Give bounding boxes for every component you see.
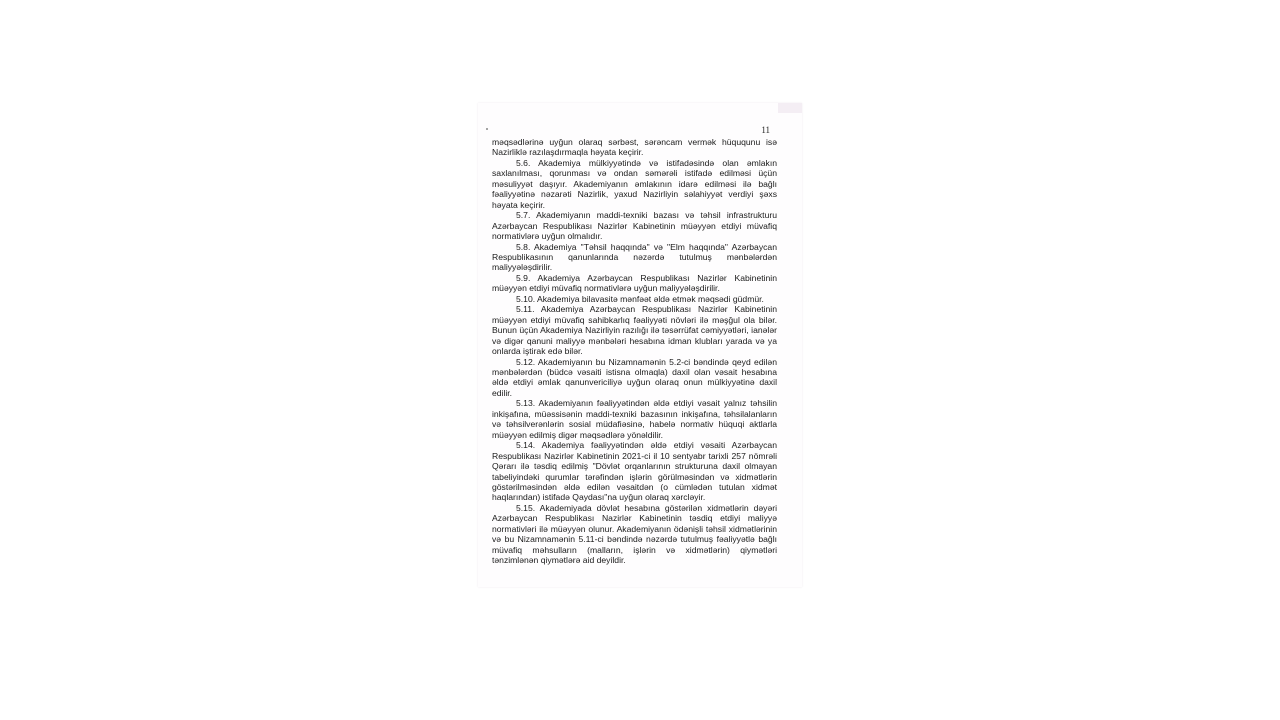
paragraph-5-8: 5.8. Akademiya "Təhsil haqqında" və "Elm… [492,242,777,273]
paragraph-5-7: 5.7. Akademiyanın maddi-texniki bazası v… [492,210,777,241]
page-number: 11 [761,125,770,135]
paragraph-continuation: məqsədlərinə uyğun olaraq sərbəst, sərən… [492,137,777,158]
paragraph-5-9: 5.9. Akademiya Azərbaycan Respublikası N… [492,273,777,294]
paragraph-5-12: 5.12. Akademiyanın bu Nizamnamənin 5.2-c… [492,357,777,399]
paragraph-5-10: 5.10. Akademiya bilavasitə mənfəət əldə … [492,294,777,304]
document-body: məqsədlərinə uyğun olaraq sərbəst, sərən… [492,137,777,566]
paragraph-5-13: 5.13. Akademiyanın fəaliyyətindən əldə e… [492,398,777,440]
document-page: 11 məqsədlərinə uyğun olaraq sərbəst, sə… [478,103,802,587]
paragraph-5-14: 5.14. Akademiya fəaliyyətindən əldə etdi… [492,440,777,503]
scan-speck [486,128,488,130]
paragraph-5-6: 5.6. Akademiya mülkiyyətində və istifadə… [492,158,777,210]
scan-shadow [778,103,802,113]
paragraph-5-15: 5.15. Akademiyada dövlət hesabına göstər… [492,503,777,566]
paragraph-5-11: 5.11. Akademiya Azərbaycan Respublikası … [492,304,777,356]
